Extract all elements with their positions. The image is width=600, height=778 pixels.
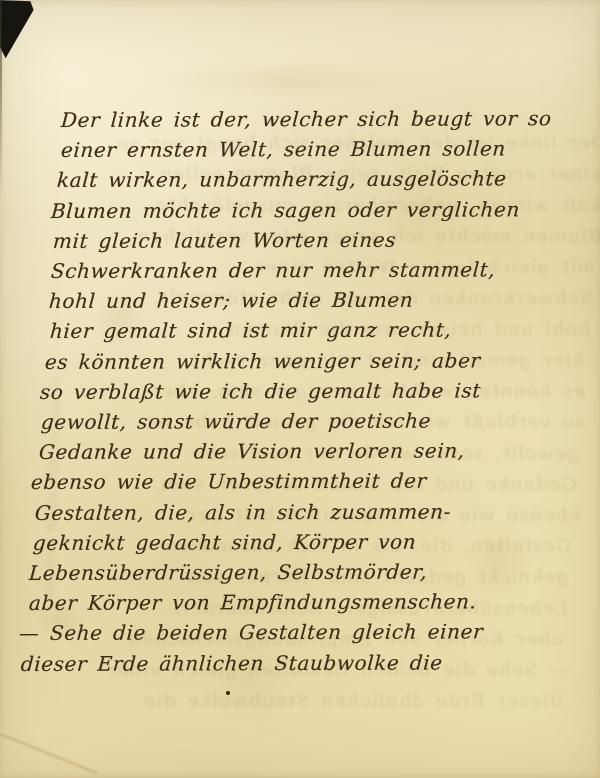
handwritten-line: Lebensüberdrüssigen, Selbstmörder, xyxy=(28,556,560,588)
handwritten-line: aber Körper von Empfindungsmenschen. xyxy=(28,586,558,618)
handwritten-line: hohl und heiser; wie die Blumen xyxy=(48,284,578,316)
handwritten-line: Gedanke und die Vision verloren sein, xyxy=(38,435,568,467)
handwritten-text: Der linke ist der, welcher sich beugt vo… xyxy=(24,103,590,679)
handwritten-line: ebenso wie die Unbestimmtheit der xyxy=(30,466,566,498)
ink-spot xyxy=(226,691,230,695)
handwritten-line: Schwerkranken der nur mehr stammelt, xyxy=(50,254,580,286)
scanned-letter: Der linke ist der, welcher sich beugt vo… xyxy=(0,0,600,778)
handwritten-line: einer ernsten Welt, seine Blumen sollen xyxy=(60,133,588,165)
handwritten-line: hier gemalt sind ist mir ganz recht, xyxy=(49,315,576,347)
page-edge-shadow xyxy=(0,0,2,195)
handwritten-line: es könnten wirklich weniger sein; aber xyxy=(44,345,574,377)
paper-stain xyxy=(150,60,410,100)
handwritten-line: Der linke ist der, welcher sich beugt vo… xyxy=(60,103,590,135)
handwritten-line: Gestalten, die, als in sich zusammen- xyxy=(34,496,564,528)
handwritten-line: dieser Erde ähnlichen Staubwolke die xyxy=(20,647,554,679)
handwritten-line: so verblaßt wie ich die gemalt habe ist xyxy=(39,375,572,407)
handwritten-line: gewollt, sonst würde der poetische xyxy=(40,405,570,437)
handwritten-line: kalt wirken, unbarmherzig, ausgelöschte xyxy=(56,163,586,195)
handwritten-line: geknickt gedacht sind, Körper von xyxy=(32,526,562,558)
handwritten-line: mit gleich lauten Worten eines xyxy=(52,224,582,256)
handwritten-line: Blumen möchte ich sagen oder verglichen xyxy=(50,194,584,226)
handwritten-line: — Sehe die beiden Gestalten gleich einer xyxy=(18,617,556,649)
